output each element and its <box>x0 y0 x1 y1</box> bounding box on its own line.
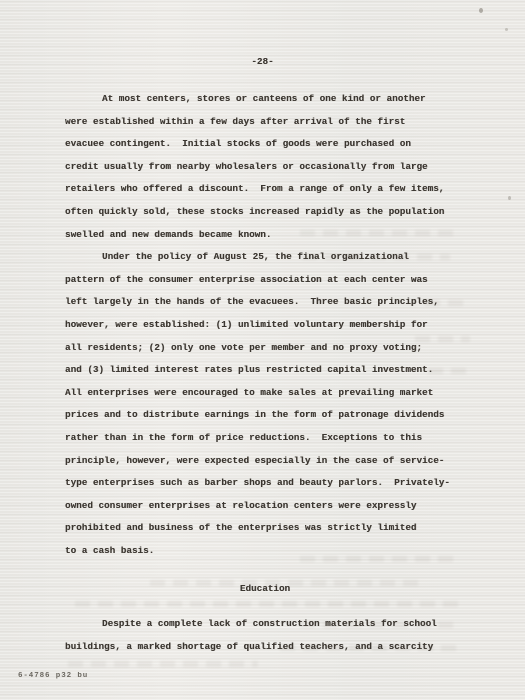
body-line: pattern of the consumer enterprise assoc… <box>65 269 465 292</box>
body-line: often quickly sold, these stocks increas… <box>65 201 465 224</box>
body-line: All enterprises were encouraged to make … <box>65 382 465 405</box>
body-line: Under the policy of August 25, the final… <box>65 246 465 269</box>
body-line: to a cash basis. <box>65 540 465 563</box>
body-line: swelled and new demands became known. <box>65 224 465 247</box>
body-line: prices and to distribute earnings in the… <box>65 404 465 427</box>
body-line: credit usually from nearby wholesalers o… <box>65 156 465 179</box>
body-line: owned consumer enterprises at relocation… <box>65 495 465 518</box>
scan-speck <box>508 196 511 200</box>
body-line: At most centers, stores or canteens of o… <box>65 88 465 111</box>
body-line: evacuee contingent. Initial stocks of go… <box>65 133 465 156</box>
page-number: -28- <box>0 54 525 70</box>
body-line: and (3) limited interest rates plus rest… <box>65 359 465 382</box>
body-line: buildings, a marked shortage of qualifie… <box>65 636 465 659</box>
body-line: retailers who offered a discount. From a… <box>65 178 465 201</box>
scan-speck <box>505 28 508 31</box>
body-line: prohibited and business of the enterpris… <box>65 517 465 540</box>
scan-speck <box>479 8 483 13</box>
body-line: left largely in the hands of the evacuee… <box>65 291 465 314</box>
section-heading-education: Education <box>65 578 465 601</box>
document-body: At most centers, stores or canteens of o… <box>65 88 465 658</box>
body-line: principle, however, were expected especi… <box>65 450 465 473</box>
bleed-through-smudge <box>68 661 258 667</box>
body-line: rather than in the form of price reducti… <box>65 427 465 450</box>
footer-reference-code: 6-4786 p32 bu <box>18 672 88 680</box>
scanned-document-page: -28- At most centers, stores or canteens… <box>0 0 525 700</box>
body-line: type enterprises such as barber shops an… <box>65 472 465 495</box>
body-line: Despite a complete lack of construction … <box>65 613 465 636</box>
body-line: were established within a few days after… <box>65 111 465 134</box>
body-line: however, were established: (1) unlimited… <box>65 314 465 337</box>
body-line: all residents; (2) only one vote per mem… <box>65 337 465 360</box>
